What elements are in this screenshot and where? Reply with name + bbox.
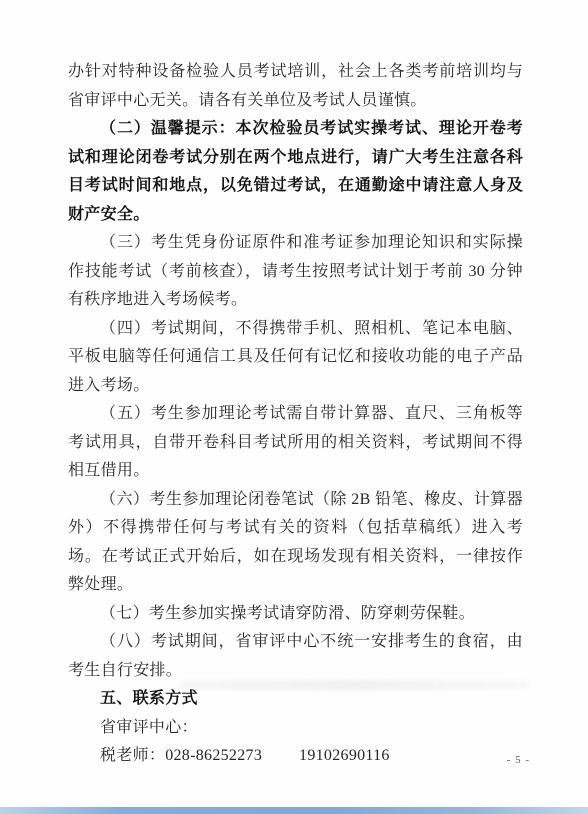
paragraph: （三）考生凭身份证原件和准考证参加理论知识和实际操作技能考试（考前核查），请考生…: [68, 229, 523, 315]
scan-artifact-smudge: [180, 680, 530, 690]
paragraph: （四）考试期间，不得携带手机、照相机、笔记本电脑、平板电脑等任何通信工具及任何有…: [68, 315, 523, 401]
document-page: 办针对特种设备检验人员考试培训，社会上各类考前培训均与省审评中心无关。请各有关单…: [0, 0, 588, 814]
page-number: - 5 -: [507, 754, 530, 766]
paragraph: （二）温馨提示：本次检验员考试实操考试、理论开卷考试和理论闭卷考试分别在两个地点…: [68, 115, 523, 229]
paragraph: （八）考试期间，省审评中心不统一安排考生的食宿，由考生自行安排。: [68, 628, 523, 685]
paragraph: 省审评中心：: [68, 714, 523, 743]
paragraph: 税老师：028-86252273 19102690116: [68, 742, 523, 771]
paragraph: （六）考生参加理论闭卷笔试（除 2B 铅笔、橡皮、计算器外）不得携带任何与考试有…: [68, 486, 523, 600]
paragraph: （七）考生参加实操考试请穿防滑、防穿刺劳保鞋。: [68, 600, 523, 629]
paragraph: （五）考生参加理论考试需自带计算器、直尺、三角板等考试用具，自带开卷科目考试所用…: [68, 400, 523, 486]
paragraph: 办针对特种设备检验人员考试培训，社会上各类考前培训均与省审评中心无关。请各有关单…: [68, 58, 523, 115]
scan-bottom-edge-bar: [0, 807, 588, 814]
document-body: 办针对特种设备检验人员考试培训，社会上各类考前培训均与省审评中心无关。请各有关单…: [68, 58, 523, 771]
